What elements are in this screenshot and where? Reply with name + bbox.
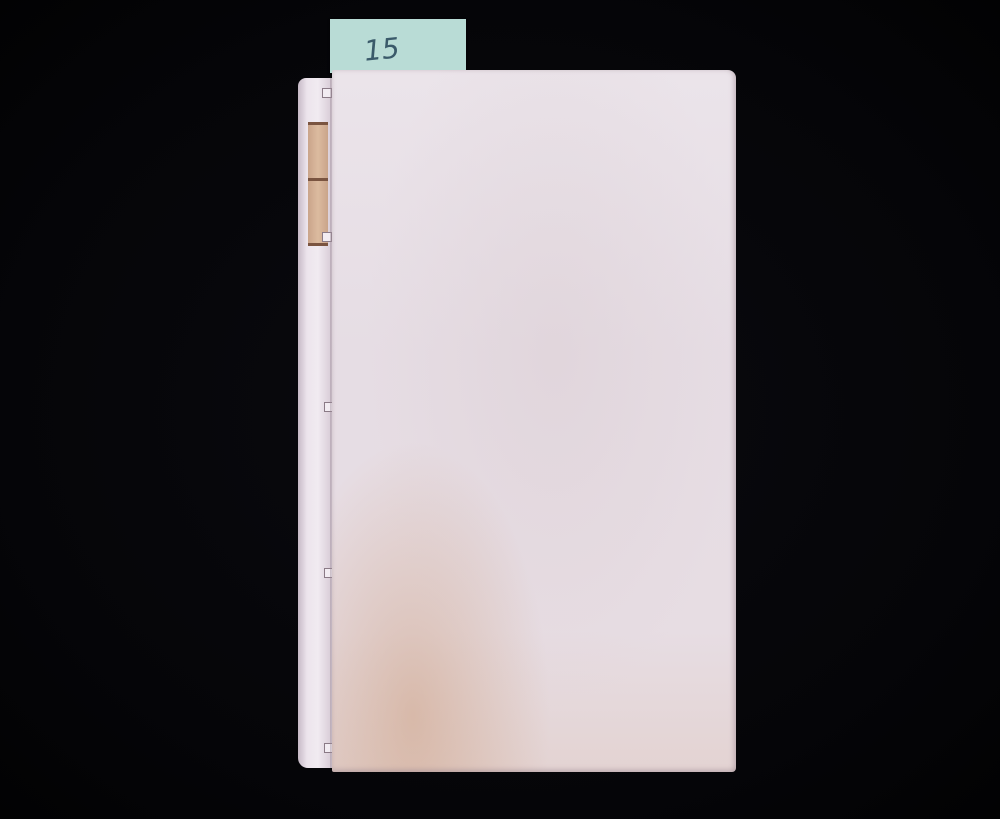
spine-label-band: [308, 178, 328, 181]
number-tag: 15: [330, 19, 466, 73]
spine-label: [308, 122, 328, 246]
tag-number: 15: [362, 31, 401, 68]
book-cover: [332, 70, 736, 772]
book: [294, 70, 738, 774]
book-spine: [298, 78, 334, 768]
